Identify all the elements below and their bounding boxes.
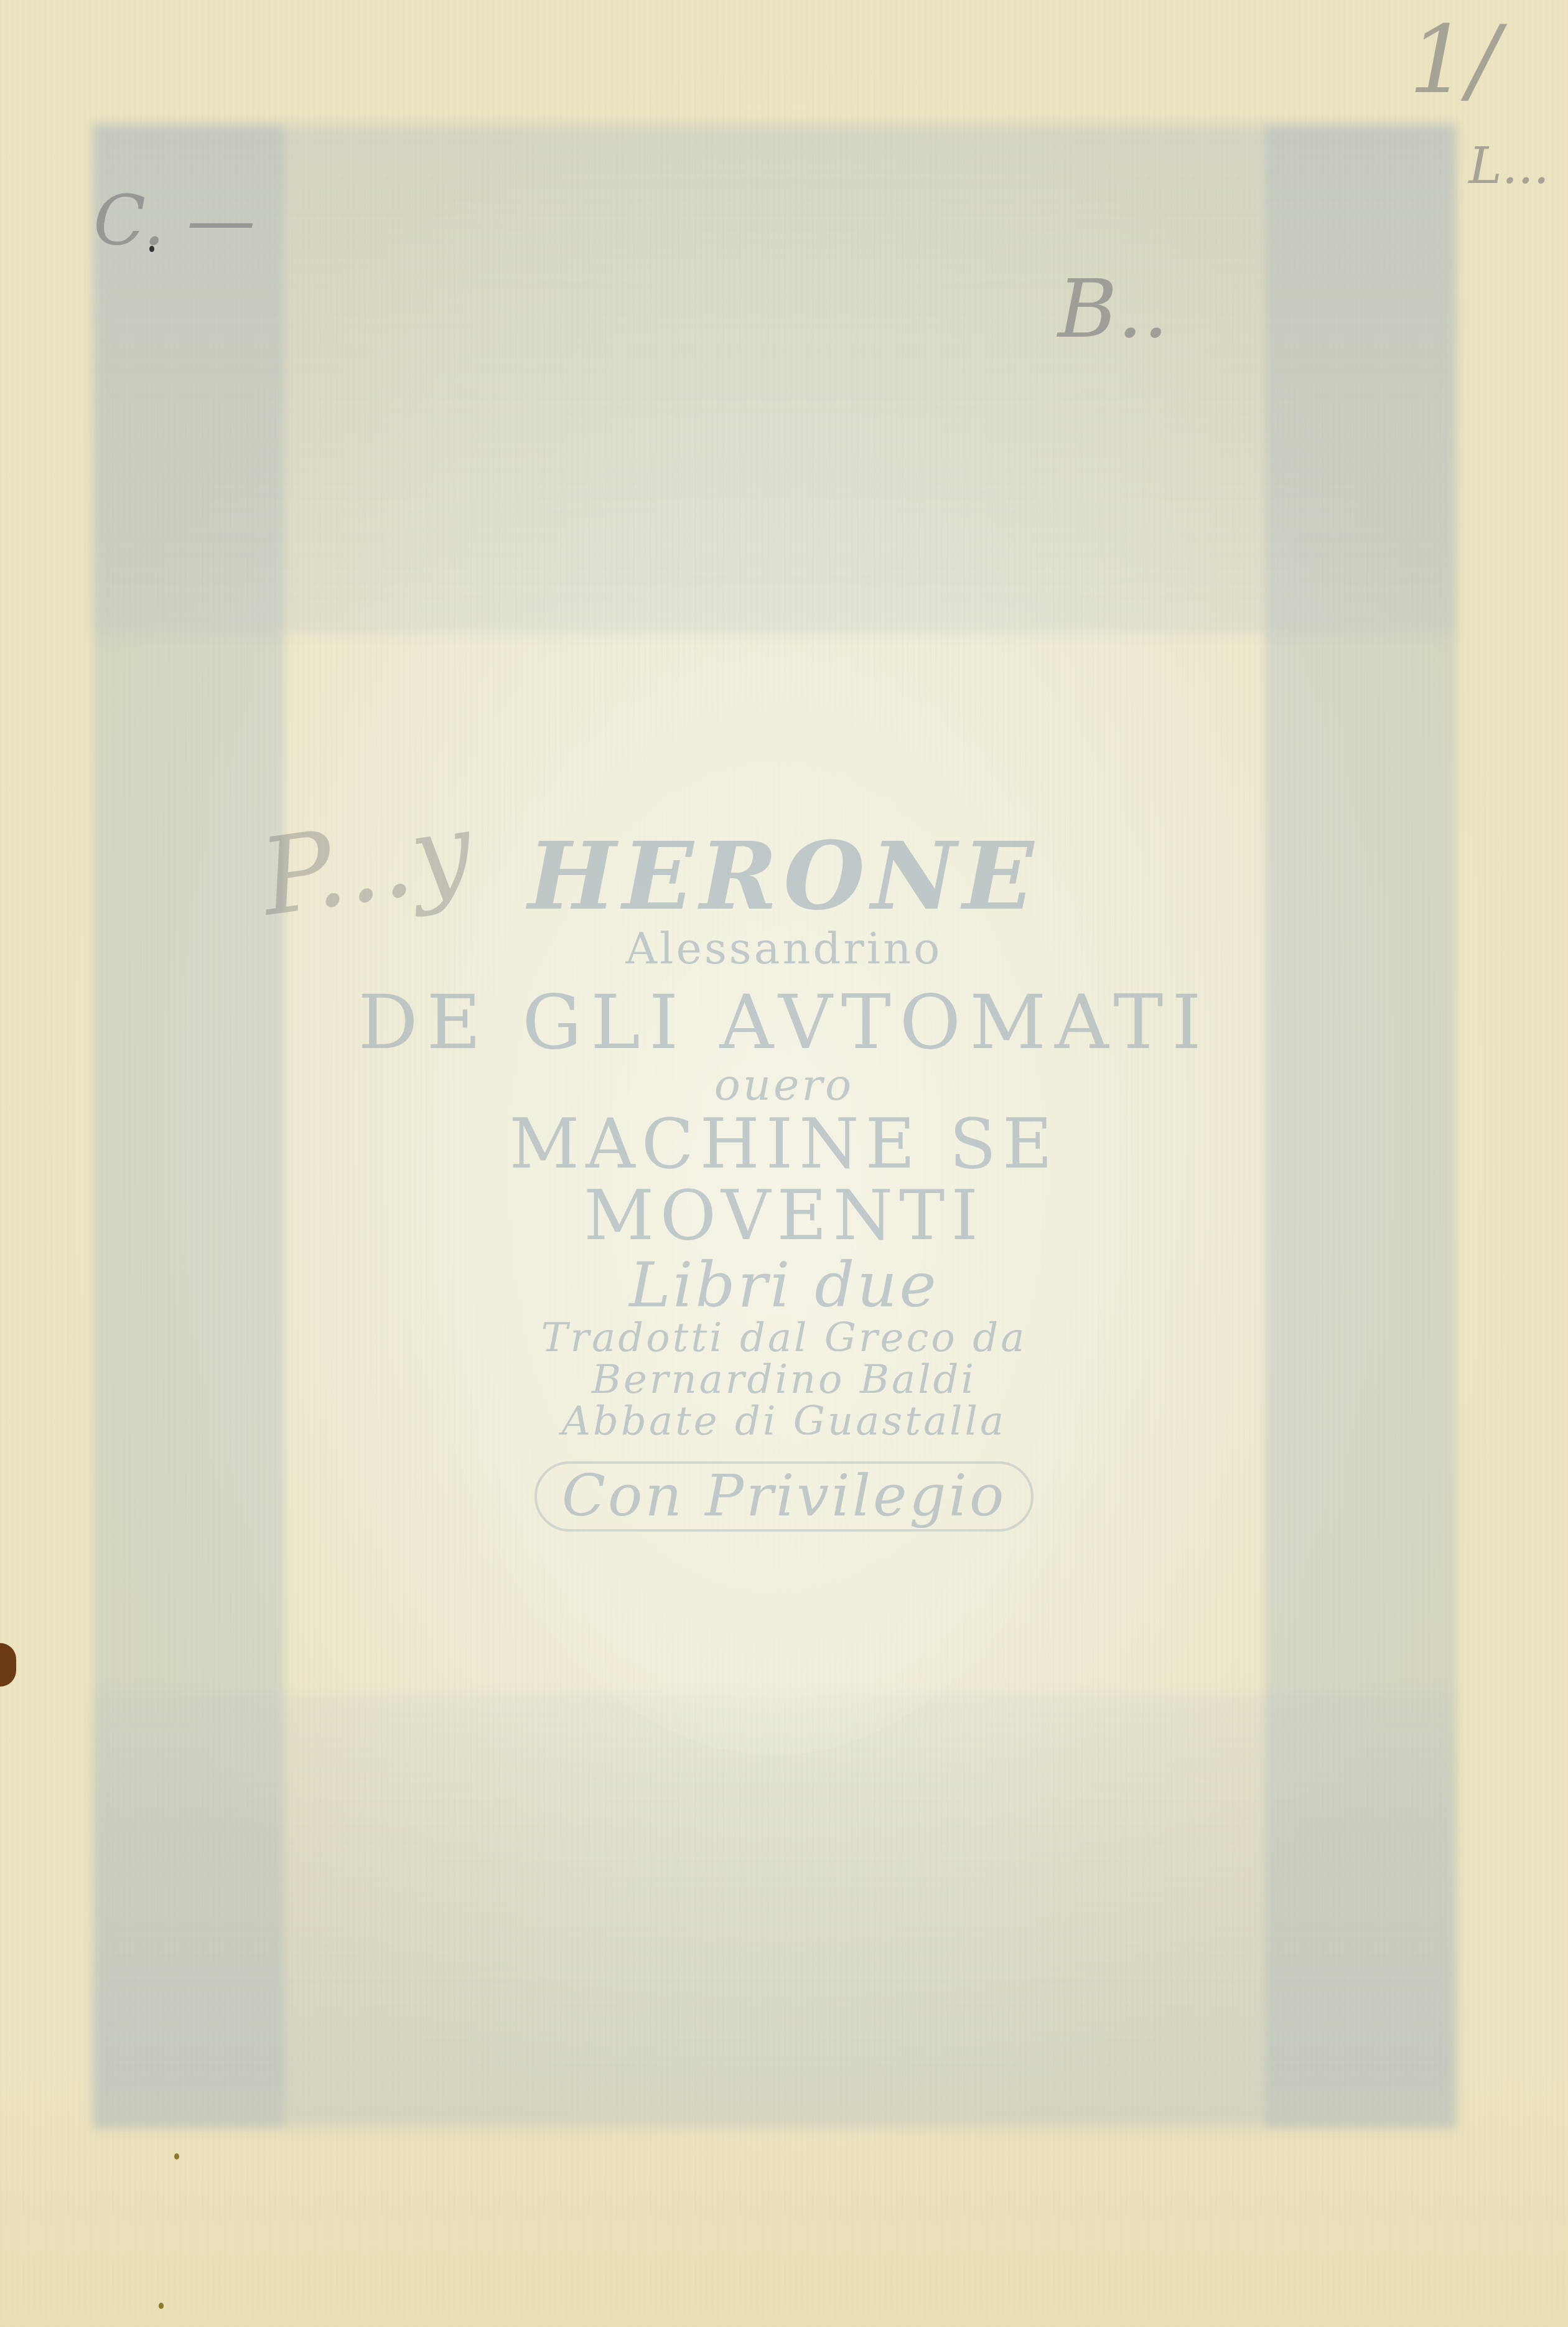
pencil-annotation-top-middle: B.. — [1058, 261, 1169, 356]
pencil-annotation-top-right-2: L... — [1469, 137, 1549, 195]
foxing-stain-bottom — [0, 2066, 1568, 2327]
title-privilege: Con Privilegio — [534, 1461, 1034, 1532]
foxing-speck — [174, 2153, 179, 2160]
frame-top-architecture — [93, 124, 1456, 635]
pencil-annotation-top-right: 1/ — [1409, 6, 1500, 115]
title-show-through: HERONE Alessandrino DE GLI AVTOMATI ouer… — [348, 828, 1220, 1532]
title-translator-role: Abbate di Guastalla — [348, 1401, 1220, 1443]
title-author: HERONE — [348, 828, 1220, 926]
title-author-epithet: Alessandrino — [348, 926, 1220, 972]
book-page: HERONE Alessandrino DE GLI AVTOMATI ouer… — [0, 0, 1568, 2327]
pencil-annotation-top-left: C. — — [93, 180, 255, 260]
title-volumes: Libri due — [348, 1252, 1220, 1318]
frame-bottom-architecture — [93, 1693, 1456, 2128]
title-translator: Bernardino Baldi — [348, 1359, 1220, 1401]
title-main: DE GLI AVTOMATI — [348, 984, 1220, 1062]
foxing-speck — [159, 2303, 164, 2309]
rust-stain-left-edge — [0, 1643, 16, 1687]
ink-speck — [149, 246, 154, 252]
title-subtitle: MACHINE SE MOVENTI — [348, 1108, 1220, 1252]
title-translation-note: Tradotti dal Greco da — [348, 1318, 1220, 1359]
title-connector: ouero — [348, 1062, 1220, 1108]
